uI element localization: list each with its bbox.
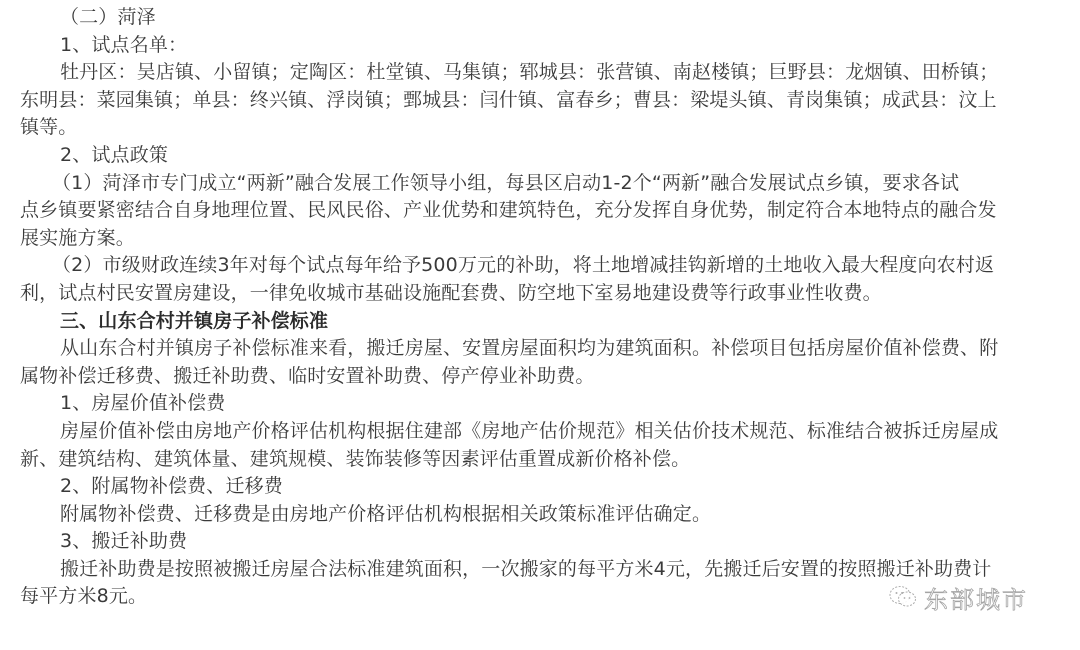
section-heading-compensation-standard: 三、山东合村并镇房子补偿标准 — [20, 308, 1070, 336]
paragraph-line: 搬迁补助费是按照被搬迁房屋合法标准建筑面积，一次搬家的每平方米4元，先搬迁后安置… — [20, 556, 1070, 584]
subheading-house-value: 1、房屋价值补偿费 — [20, 390, 1070, 418]
paragraph-line: 牡丹区：吴店镇、小留镇；定陶区：杜堂镇、马集镇；郓城县：张营镇、南赵楼镇；巨野县… — [20, 59, 1070, 87]
paragraph-line: 东明县：菜园集镇；单县：终兴镇、浮岗镇；鄄城县：闫什镇、富春乡；曹县：梁堤头镇、… — [20, 87, 1070, 115]
subheading-attachment-fees: 2、附属物补偿费、迁移费 — [20, 473, 1070, 501]
paragraph-line: 房屋价值补偿由房地产价格评估机构根据住建部《房地产估价规范》相关估价技术规范、标… — [20, 418, 1070, 446]
paragraph-line: 属物补偿迁移费、搬迁补助费、临时安置补助费、停产停业补助费。 — [20, 363, 1070, 391]
paragraph-line: 新、建筑结构、建筑体量、建筑规模、装饰装修等因素评估重置成新价格补偿。 — [20, 446, 1070, 474]
paragraph-line: （1）菏泽市专门成立“两新”融合发展工作领导小组，每县区启动1-2个“两新”融合… — [20, 170, 1070, 198]
paragraph-line: 点乡镇要紧密结合自身地理位置、民风民俗、产业优势和建筑特色，充分发挥自身优势，制… — [20, 197, 1070, 225]
paragraph-line: （2）市级财政连续3年对每个试点每年给予500万元的补助，将土地增减挂钩新增的土… — [20, 252, 1070, 280]
paragraph-line: 从山东合村并镇房子补偿标准来看，搬迁房屋、安置房屋面积均为建筑面积。补偿项目包括… — [20, 335, 1070, 363]
subheading-pilot-policy: 2、试点政策 — [20, 142, 1070, 170]
subheading-pilot-list: 1、试点名单： — [20, 32, 1070, 60]
section-heading-heze: （二）菏泽 — [20, 4, 1070, 32]
document-body: （二）菏泽 1、试点名单： 牡丹区：吴店镇、小留镇；定陶区：杜堂镇、马集镇；郓城… — [20, 4, 1070, 611]
paragraph-line: 每平方米8元。 — [20, 583, 1070, 611]
paragraph-line: 附属物补偿费、迁移费是由房地产价格评估机构根据相关政策标准评估确定。 — [20, 501, 1070, 529]
paragraph-line: 镇等。 — [20, 114, 1070, 142]
paragraph-line: 利，试点村民安置房建设，一律免收城市基础设施配套费、防空地下室易地建设费等行政事… — [20, 280, 1070, 308]
paragraph-line: 展实施方案。 — [20, 225, 1070, 253]
subheading-relocation-subsidy: 3、搬迁补助费 — [20, 528, 1070, 556]
